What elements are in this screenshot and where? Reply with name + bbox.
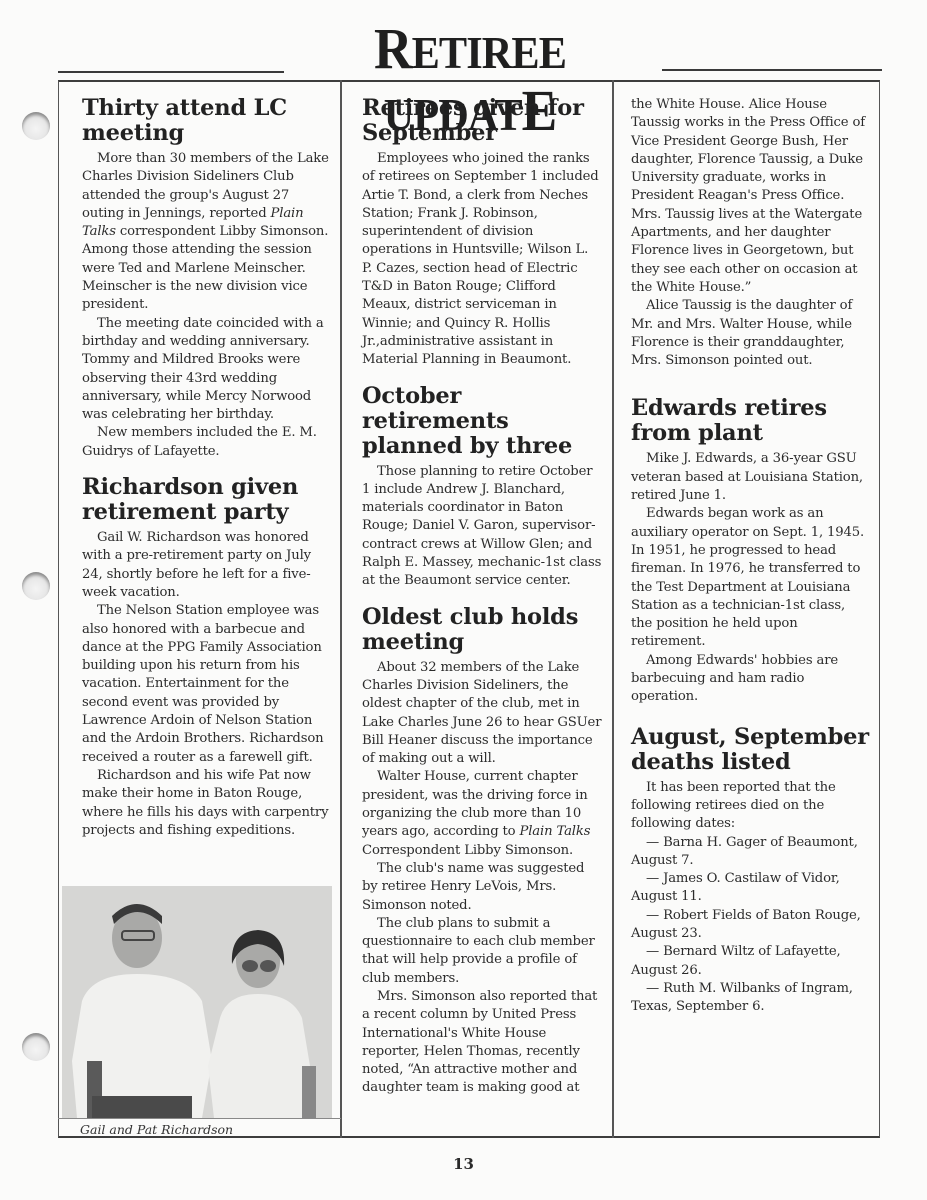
headline: Edwards retires from plant <box>631 396 869 446</box>
masthead-rule-left <box>58 71 284 73</box>
paragraph: Gail W. Richardson was honored with a pr… <box>82 529 330 602</box>
masthead-rule-right <box>662 69 882 71</box>
publication-name: Plain Talks <box>82 206 303 239</box>
hole-punch-middle <box>22 572 50 600</box>
article-retirees-september: Retirees given for September Employees w… <box>362 96 602 370</box>
headline: August, September deaths listed <box>631 725 869 775</box>
hole-punch-top <box>22 112 50 140</box>
death-entry: — Ruth M. Wilbanks of Ingram, Texas, Sep… <box>631 980 869 1017</box>
caption-rule <box>58 1118 341 1119</box>
page-number: 13 <box>0 1155 927 1173</box>
column-2: Retirees given for September Employees w… <box>362 96 602 1112</box>
paragraph: New members included the E. M. Guidrys o… <box>82 424 330 461</box>
paragraph: Edwards began work as an auxiliary opera… <box>631 505 869 651</box>
paragraph: It has been reported that the following … <box>631 779 869 834</box>
paragraph: The meeting date coincided with a birthd… <box>82 315 330 425</box>
paragraph: About 32 members of the Lake Charles Div… <box>362 659 602 769</box>
publication-name: Plain Talks <box>520 824 591 839</box>
headline: October retirements planned by three <box>362 384 602 459</box>
paragraph: Those planning to retire October 1 inclu… <box>362 463 602 591</box>
paragraph: Alice Taussig is the daughter of Mr. and… <box>631 297 869 370</box>
paragraph: the White House. Alice House Taussig wor… <box>631 96 869 297</box>
column-3: the White House. Alice House Taussig wor… <box>631 96 869 1030</box>
article-thirty-attend: Thirty attend LC meeting More than 30 me… <box>82 96 330 461</box>
death-entry: — Robert Fields of Baton Rouge, August 2… <box>631 907 869 944</box>
photo-couple-image <box>62 886 332 1118</box>
death-entry: — James O. Castilaw of Vidor, August 11. <box>631 870 869 907</box>
richardson-photo <box>62 886 332 1118</box>
death-entry: — Bernard Wiltz of Lafayette, August 26. <box>631 943 869 980</box>
article-oldest-club: Oldest club holds meeting About 32 membe… <box>362 605 602 1098</box>
death-entry: — Barna H. Gager of Beaumont, August 7. <box>631 834 869 871</box>
headline: Retirees given for September <box>362 96 602 146</box>
paragraph: Among Edwards' hobbies are barbecuing an… <box>631 652 869 707</box>
paragraph: Walter House, current chapter president,… <box>362 768 602 859</box>
paragraph: Richardson and his wife Pat now make the… <box>82 767 330 840</box>
paragraph: The club plans to submit a questionnaire… <box>362 915 602 988</box>
column-1: Thirty attend LC meeting More than 30 me… <box>82 96 330 854</box>
paragraph: The club's name was suggested by retiree… <box>362 860 602 915</box>
headline: Richardson given retirement party <box>82 475 330 525</box>
article-oldest-club-continued: the White House. Alice House Taussig wor… <box>631 96 869 370</box>
column-divider-1 <box>340 80 342 1138</box>
headline: Thirty attend LC meeting <box>82 96 330 146</box>
article-richardson-party: Richardson given retirement party Gail W… <box>82 475 330 840</box>
column-divider-2 <box>612 80 614 1138</box>
paragraph: Mike J. Edwards, a 36-year GSU veteran b… <box>631 450 869 505</box>
paragraph: Mrs. Simonson also reported that a recen… <box>362 988 602 1098</box>
paragraph: More than 30 members of the Lake Charles… <box>82 150 330 315</box>
masthead: RETIREE UPDATE <box>0 20 927 78</box>
article-october-retirements: October retirements planned by three Tho… <box>362 384 602 591</box>
photo-caption: Gail and Pat Richardson <box>80 1122 233 1137</box>
paragraph: Employees who joined the ranks of retire… <box>362 150 602 370</box>
article-edwards-retires: Edwards retires from plant Mike J. Edwar… <box>631 396 869 706</box>
article-deaths-listed: August, September deaths listed It has b… <box>631 725 869 1017</box>
paragraph: The Nelson Station employee was also hon… <box>82 602 330 767</box>
hole-punch-bottom <box>22 1033 50 1061</box>
title-initial: R <box>374 16 412 81</box>
headline: Oldest club holds meeting <box>362 605 602 655</box>
